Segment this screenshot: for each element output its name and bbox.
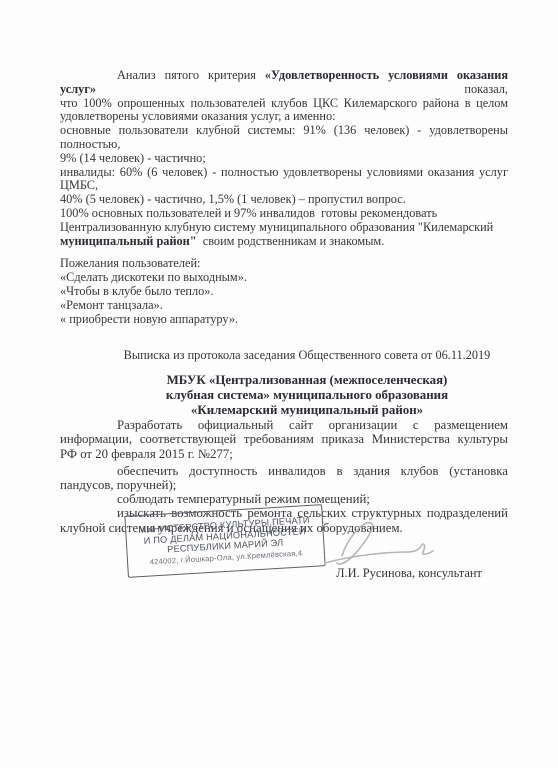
text-line: пандусов, поручней);: [60, 478, 508, 492]
text-line: что 100% опрошенных пользователей клубов…: [60, 97, 508, 111]
text-line: РФ от 20 февраля 2015 г. №277;: [60, 447, 508, 461]
scanned-document-page: Анализ пятого критерия «Удовлетворенност…: [0, 0, 558, 768]
protocol-extract-line: Выписка из протокола заседания Обществен…: [60, 348, 508, 362]
text-line: «Сделать дискотеки по выходным».: [60, 271, 508, 285]
text-line: «Ремонт танцзала».: [60, 299, 508, 313]
text-line: удовлетворены условиями оказания услуг, …: [60, 110, 508, 124]
user-wishes-list: Пожелания пользователей:«Сделать дискоте…: [60, 257, 508, 326]
text-line: « приобрести новую аппаратуру».: [60, 313, 508, 327]
text-line: МБУК «Централизованная (межпоселенческая…: [60, 373, 508, 388]
analysis-paragraph: Анализ пятого критерия «Удовлетворенност…: [60, 69, 508, 248]
text-line: инвалиды: 60% (6 человек) - полностью уд…: [60, 166, 508, 194]
text-line: соблюдать температурный режим помещений;: [60, 492, 508, 506]
text-line: Пожелания пользователей:: [60, 257, 508, 271]
text-line: Выписка из протокола заседания Обществен…: [60, 348, 508, 362]
text-line: 100% основных пользователей и 97% инвали…: [60, 207, 508, 221]
text-line: муниципальный район" своим родственникам…: [60, 235, 508, 249]
text-line: Анализ пятого критерия «Удовлетворенност…: [60, 69, 508, 97]
text-line: 40% (5 человек) - частично, 1,5% (1 чело…: [60, 193, 508, 207]
text-line: «Килемарский муниципальный район»: [60, 403, 508, 418]
resolution-item-accessibility: обеспечить доступность инвалидов в здани…: [60, 464, 508, 492]
ministry-stamp: МИНИСТЕРСТВО КУЛЬТУРЫ,ПЕЧАТИИ ПО ДЕЛАМ Н…: [124, 504, 325, 578]
stamp-text: МИНИСТЕРСТВО КУЛЬТУРЫ,ПЕЧАТИИ ПО ДЕЛАМ Н…: [126, 514, 324, 567]
resolution-item-website: Разработать официальный сайт организации…: [60, 418, 508, 461]
signature-scribble: [318, 512, 458, 570]
text-line: 9% (14 человек) - частично;: [60, 152, 508, 166]
signer-name: Л.И. Русинова, консультант: [318, 566, 500, 581]
text-line: Централизованную клубную систему муницип…: [60, 221, 508, 235]
document-body-text: Анализ пятого критерия «Удовлетворенност…: [60, 69, 508, 535]
text-line: «Чтобы в клубе было тепло».: [60, 285, 508, 299]
text-line: обеспечить доступность инвалидов в здани…: [60, 464, 508, 478]
text-line: основные пользователи клубной системы: 9…: [60, 124, 508, 152]
text-line: Разработать официальный сайт организации…: [60, 418, 508, 432]
text-line: информации, соответствующей требованиям …: [60, 432, 508, 446]
text-line: клубная система» муниципального образова…: [60, 388, 508, 403]
organization-heading: МБУК «Централизованная (межпоселенческая…: [60, 373, 508, 417]
resolution-item-temperature: соблюдать температурный режим помещений;: [60, 492, 508, 506]
